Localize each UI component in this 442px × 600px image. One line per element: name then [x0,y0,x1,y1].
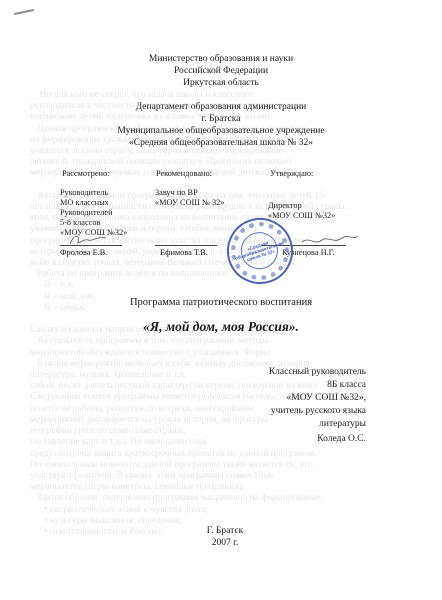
reviewed-line-4: 5-8 классов [60,218,100,228]
recommended-signature-line [155,245,217,246]
reviewed-signature [68,232,108,248]
author-name: Коледа О.С. [317,434,366,445]
recommended-line-2: «МОУ СОШ № 32» [155,198,224,208]
approved-label: Утверждаю: [270,169,313,179]
reviewed-signer: Фролова Е.В. [60,248,107,258]
author-line-5: литературы [319,419,366,430]
author-line-4: учитель русского языка [271,406,366,417]
footer-city: Г. Братск [4,526,442,537]
city-line: г. Братска [0,114,442,125]
department: Департамент образования администрации [0,102,442,113]
region: Иркутская область [0,78,442,89]
author-line-1: Классный руководитель [269,367,366,378]
author-line-2: 8Б класса [327,380,366,391]
approved-line-1: Директор [268,201,302,211]
approved-signature [300,232,360,248]
ministry-line-1: Министерство образования и науки [0,54,442,65]
author-line-3: «МОУ СОШ №32», [287,393,366,404]
recommended-signer: Ефимова Т.В. [160,248,208,258]
institution-type: Муниципальное общеобразовательное учрежд… [0,126,442,137]
approved-line-2: «МОУ СОШ №32» [268,211,335,221]
reviewed-line-2: МО классных [60,198,109,208]
pen-mark [14,9,34,15]
recommended-label: Рекомендовано: [156,169,212,179]
reviewed-label: Рассмотрено: [62,169,109,179]
recommended-line-1: Завуч по ВР [155,188,198,198]
scanned-document-page: Ни для кого не секрет, что задача школы … [0,0,442,600]
school-name: «Средняя общеобразовательная школа № 32» [0,138,442,149]
footer-year: 2007 г. [4,538,442,549]
program-subtitle: Программа патриотического воспитания [0,297,442,308]
ministry-line-2: Российской Федерации [0,66,442,77]
reviewed-line-1: Руководитель [60,188,108,198]
reviewed-line-3: Руководителей [60,208,113,218]
program-title: «Я, мой дом, моя Россия». [0,321,442,332]
